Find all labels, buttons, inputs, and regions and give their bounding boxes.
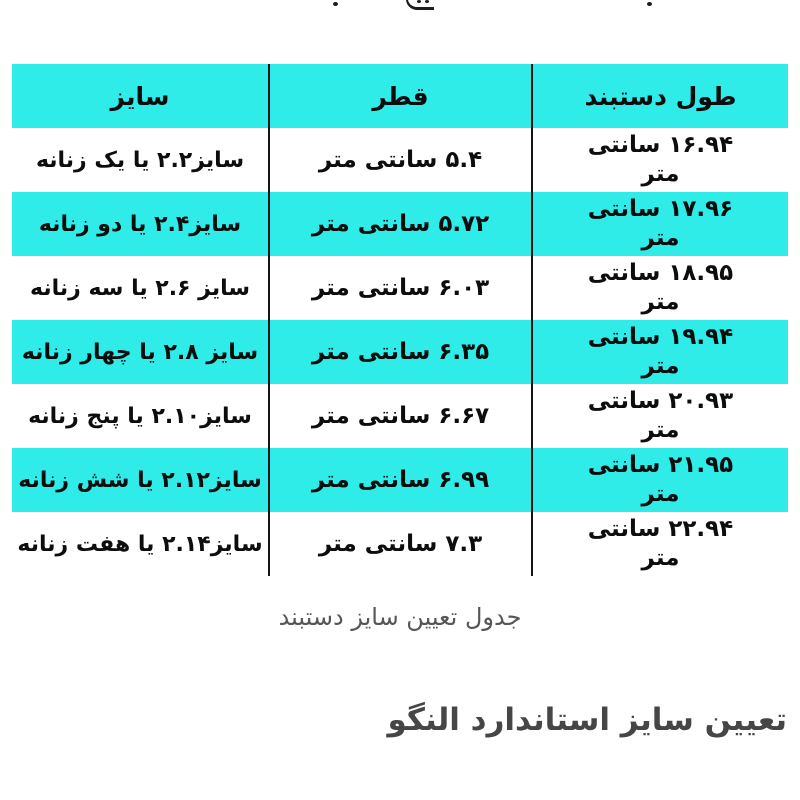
table-cell-diameter: ۶.۹۹ سانتی متر — [270, 448, 531, 512]
size-table: سایز قطر طول دستبند سایز۲.۲ یا یک زنانه … — [12, 64, 788, 576]
length-value: ۲۰.۹۳ سانتی متر — [575, 387, 747, 445]
length-value: ۱۸.۹۵ سانتی متر — [575, 259, 747, 317]
header-size: سایز — [12, 64, 270, 128]
table-cell-length: ۲۰.۹۳ سانتی متر — [531, 384, 788, 448]
table-cell-length: ۱۷.۹۶ سانتی متر — [531, 192, 788, 256]
table-cell-size: سایز۲.۲ یا یک زنانه — [12, 128, 270, 192]
cropped-top-text — [0, 0, 800, 10]
table-cell-size: سایز ۲.۸ یا چهار زنانه — [12, 320, 270, 384]
text-fragment-dot — [425, 0, 429, 3]
table-cell-length: ۱۶.۹۴ سانتی متر — [531, 128, 788, 192]
page-heading: تعیین سایز استاندارد النگو — [388, 702, 788, 738]
table-cell-length: ۲۲.۹۴ سانتی متر — [531, 512, 788, 576]
header-length: طول دستبند — [531, 64, 788, 128]
text-fragment-dot — [417, 0, 421, 3]
table-cell-diameter: ۵.۷۲ سانتی متر — [270, 192, 531, 256]
table-cell-size: سایز ۲.۶ یا سه زنانه — [12, 256, 270, 320]
table-caption: جدول تعیین سایز دستبند — [0, 603, 800, 631]
table-cell-diameter: ۷.۳ سانتی متر — [270, 512, 531, 576]
length-value: ۱۷.۹۶ سانتی متر — [575, 195, 747, 253]
table-cell-size: سایز۲.۱۰ یا پنج زنانه — [12, 384, 270, 448]
table-cell-diameter: ۶.۶۷ سانتی متر — [270, 384, 531, 448]
table-cell-diameter: ۶.۳۵ سانتی متر — [270, 320, 531, 384]
table-cell-diameter: ۶.۰۳ سانتی متر — [270, 256, 531, 320]
table-cell-length: ۱۹.۹۴ سانتی متر — [531, 320, 788, 384]
length-value: ۱۹.۹۴ سانتی متر — [575, 323, 747, 381]
length-value: ۲۲.۹۴ سانتی متر — [575, 515, 747, 573]
text-fragment-dot — [333, 2, 338, 6]
table-cell-size: سایز۲.۴ یا دو زنانه — [12, 192, 270, 256]
table-cell-length: ۲۱.۹۵ سانتی متر — [531, 448, 788, 512]
table-cell-size: سایز۲.۱۲ یا شش زنانه — [12, 448, 270, 512]
length-value: ۱۶.۹۴ سانتی متر — [575, 131, 747, 189]
text-fragment-dot — [647, 2, 652, 6]
table-cell-diameter: ۵.۴ سانتی متر — [270, 128, 531, 192]
table-cell-length: ۱۸.۹۵ سانتی متر — [531, 256, 788, 320]
header-diameter: قطر — [270, 64, 531, 128]
length-value: ۲۱.۹۵ سانتی متر — [575, 451, 747, 509]
table-cell-size: سایز۲.۱۴ یا هفت زنانه — [12, 512, 270, 576]
